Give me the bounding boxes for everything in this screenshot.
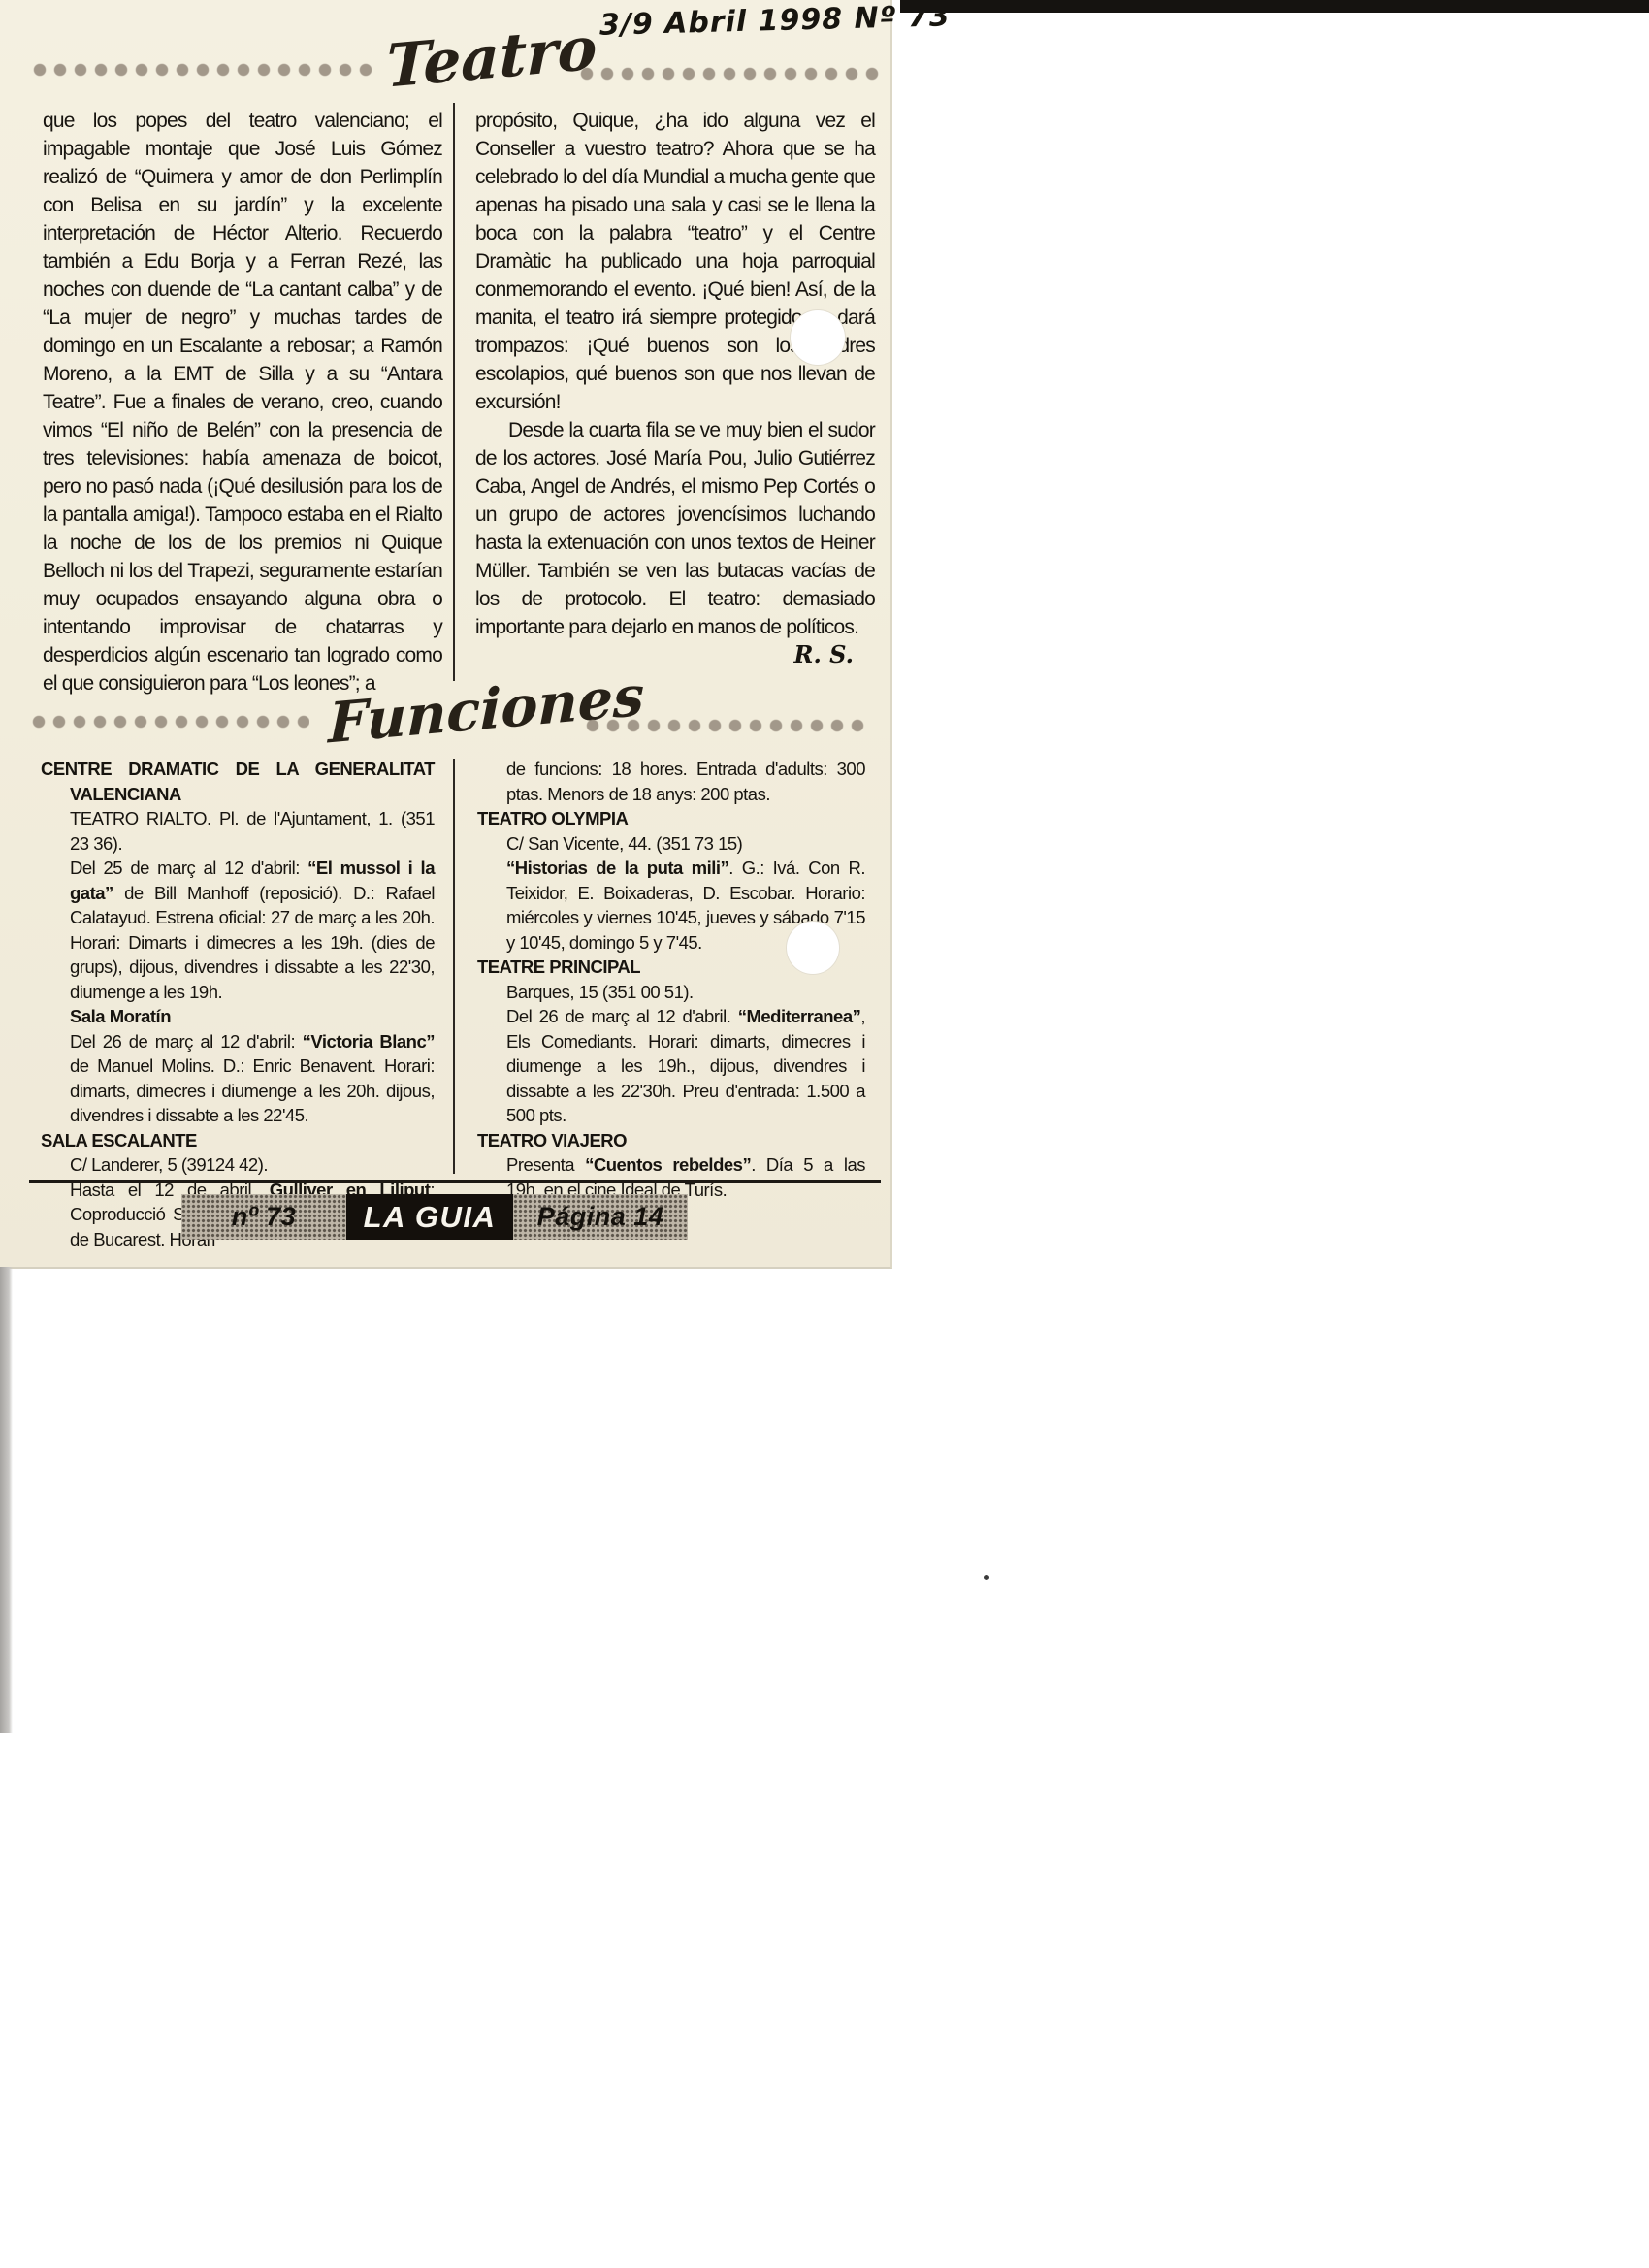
listing-text: Del 26 de març al 12 d'abril: “Victoria … [41,1029,435,1128]
footer-brand: LA GUIA [346,1194,513,1240]
ornament-dots-right [586,718,865,732]
ornament-dots-left [32,714,309,729]
footer-rule [29,1180,881,1183]
listing-text: C/ Landerer, 5 (39124 42). [41,1152,435,1178]
article-paragraph: propósito, Quique, ¿ha ido alguna vez el… [475,107,875,416]
listing-text: Barques, 15 (351 00 51). [477,980,865,1005]
article-column-2: propósito, Quique, ¿ha ido alguna vez el… [475,107,875,641]
ornament-dots-left [33,62,378,77]
footer-issue-number: nº 73 [181,1194,346,1240]
author-signature: R. S. [475,640,854,668]
venue-heading: CENTRE DRAMATIC DE LA GENERALITAT VALENC… [41,757,435,806]
page-edge-shadow [0,1267,13,1733]
hole-punch [787,922,839,974]
listing-text: de funcions: 18 hores. Entrada d'adults:… [477,757,865,806]
article-paragraph: Desde la cuarta fila se ve muy bien el s… [475,416,875,641]
scanned-page: 3/9 Abril 1998 Nº 73 Teatro que los pope… [0,0,892,1269]
article-paragraph: que los popes del teatro valenciano; el … [43,107,442,697]
scan-speck [984,1575,989,1580]
listings-column-2: de funcions: 18 hores. Entrada d'adults:… [477,757,865,1202]
column-divider [453,759,455,1174]
listing-text: TEATRO RIALTO. Pl. de l'Ajuntament, 1. (… [41,806,435,856]
article-column-1: que los popes del teatro valenciano; el … [43,107,442,697]
venue-heading: TEATRO OLYMPIA [477,806,865,831]
section-title-teatro: Teatro [386,14,598,101]
listing-text: C/ San Vicente, 44. (351 73 15) [477,831,865,857]
column-divider [453,103,455,681]
listings-column-1: CENTRE DRAMATIC DE LA GENERALITAT VALENC… [41,757,435,1251]
ornament-dots-right [580,66,879,81]
footer-page-number: Página 14 [513,1194,688,1240]
listing-text: Del 26 de març al 12 d'abril. “Mediterra… [477,1004,865,1128]
hole-punch [791,310,845,365]
listing-text: Del 25 de març al 12 d'abril: “El mussol… [41,856,435,1004]
scanner-black-strip [900,0,1649,13]
venue-heading: Sala Moratín [41,1004,435,1029]
handwritten-note: 3/9 Abril 1998 Nº 73 [599,0,952,43]
venue-heading: TEATRO VIAJERO [477,1128,865,1153]
venue-heading: SALA ESCALANTE [41,1128,435,1153]
